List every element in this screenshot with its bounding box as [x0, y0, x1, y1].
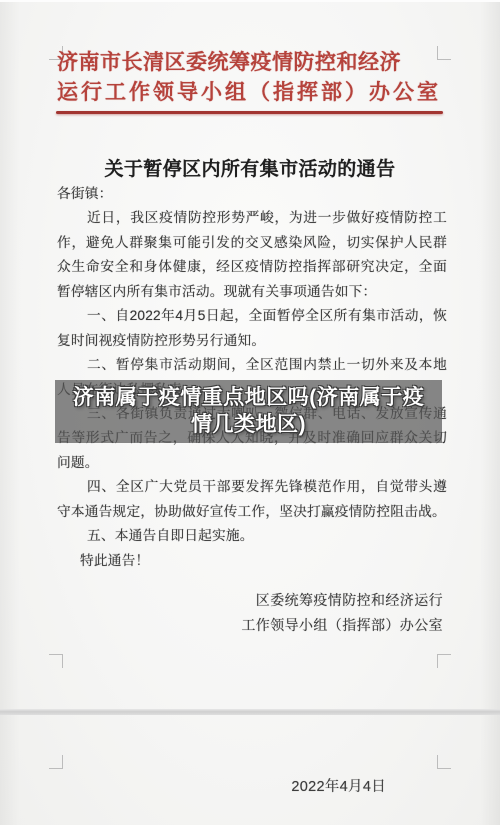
signature-line1: 区委统筹疫情防控和经济运行 [241, 588, 443, 613]
body-line: 作，避免人群聚集可能引发的交叉感染风险，切实保护人民群 [57, 231, 447, 255]
body-line: 一、自2022年4月5日起，全面暂停全区所有集市活动，恢 [57, 304, 447, 328]
body-line: 复时间视疫情防控形势另行通知。 [57, 329, 447, 353]
body-line: 问题。 [57, 451, 447, 475]
crop-mark-page2-left [49, 755, 63, 769]
crop-mark-bottom-left [49, 654, 63, 668]
body-line: 近日，我区疫情防控形势严峻，为进一步做好疫情防控工 [57, 206, 447, 230]
body-line: 暂停辖区内所有集市活动。现就有关事项通告如下： [57, 280, 447, 304]
letterhead-org-name: 济南市长清区委统筹疫情防控和经济 运行工作领导小组（指挥部）办公室 [57, 48, 449, 108]
body-line: 五、本通告自即日起实施。 [57, 524, 447, 548]
closing-line: 特此通告！ [57, 549, 447, 573]
body-line: 守本通告规定，协助做好宣传工作，坚决打赢疫情防控阻击战。 [57, 500, 447, 524]
letterhead-divider [56, 111, 443, 114]
notice-body: 各街镇： 近日，我区疫情防控形势严峻，为进一步做好疫情防控工 作，避免人群聚集可… [57, 182, 447, 573]
document-photo: 济南市长清区委统筹疫情防控和经济 运行工作领导小组（指挥部）办公室 关于暂停区内… [0, 0, 500, 825]
signature-block: 区委统筹疫情防控和经济运行 工作领导小组（指挥部）办公室 [241, 588, 443, 638]
caption-overlay-banner: 济南属于疫情重点地区吗(济南属于疫 情几类地区) [55, 380, 442, 443]
crop-mark-bottom-right [437, 654, 451, 668]
letterhead-line2: 运行工作领导小组（指挥部）办公室 [57, 78, 449, 108]
page-break-divider [0, 709, 500, 715]
salutation-line: 各街镇： [57, 182, 447, 206]
letterhead-line1: 济南市长清区委统筹疫情防控和经济 [57, 48, 449, 78]
body-line: 四、全区广大党员干部要发挥先锋模范作用，自觉带头遵 [57, 475, 447, 499]
notice-date: 2022年4月4日 [291, 775, 386, 796]
notice-title: 关于暂停区内所有集市活动的通告 [0, 154, 500, 181]
body-line: 二、暂停集市活动期间，全区范围内禁止一切外来及本地 [57, 353, 447, 377]
signature-line2: 工作领导小组（指挥部）办公室 [241, 613, 443, 638]
caption-line2: 情几类地区) [55, 411, 442, 438]
body-line: 众生命安全和身体健康，经区疫情防控指挥部研究决定，全面 [57, 255, 447, 279]
crop-mark-page2-right [437, 755, 451, 769]
caption-line1: 济南属于疫情重点地区吗(济南属于疫 [55, 384, 442, 411]
